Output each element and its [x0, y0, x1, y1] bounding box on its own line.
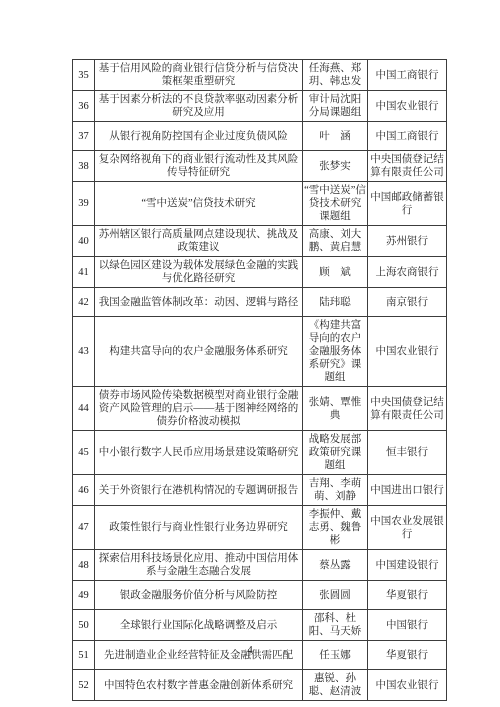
row-number-cell: 41	[73, 257, 95, 288]
project-title-cell: 苏州辖区银行高质量网点建设现状、挑战及政策建议	[95, 226, 303, 257]
row-number-cell: 43	[73, 317, 95, 387]
table-row: 49银政金融服务价值分析与风险防控张圆圆华夏银行	[73, 581, 447, 610]
table-row: 40苏州辖区银行高质量网点建设现状、挑战及政策建议高康、刘大鹏、黄启慧苏州银行	[73, 226, 447, 257]
table-row: 47政策性银行与商业性银行业务边界研究李振仲、戴志勇、魏鲁彬中国农业发展银行	[73, 506, 447, 550]
authors-cell: 陆玮聪	[303, 288, 368, 317]
organization-cell: 中国银行	[368, 610, 447, 641]
table-row: 37从银行视角防控国有企业过度负债风险叶 涵中国工商银行	[73, 122, 447, 151]
project-title-cell: 从银行视角防控国有企业过度负债风险	[95, 122, 303, 151]
organization-cell: 中国进出口银行	[368, 475, 447, 506]
table-body: 35基于信用风险的商业银行信贷分析与信贷决策框架重塑研究任海燕、郑玥、韩忠发中国…	[73, 60, 447, 701]
page-number: 4	[0, 644, 500, 656]
organization-cell: 苏州银行	[368, 226, 447, 257]
authors-cell: 张圆圆	[303, 581, 368, 610]
project-title-cell: “雪中送炭”信贷技术研究	[95, 182, 303, 226]
authors-cell: 高康、刘大鹏、黄启慧	[303, 226, 368, 257]
organization-cell: 中国邮政储蓄银行	[368, 182, 447, 226]
project-title-cell: 债券市场风险传染数据模型对商业银行金融资产风险管理的启示——基于图神经网络的债券…	[95, 387, 303, 431]
organization-cell: 南京银行	[368, 288, 447, 317]
row-number-cell: 42	[73, 288, 95, 317]
project-title-cell: 基于因素分析法的不良贷款率驱动因素分析研究及应用	[95, 91, 303, 122]
authors-cell: 任海燕、郑玥、韩忠发	[303, 60, 368, 91]
row-number-cell: 35	[73, 60, 95, 91]
project-title-cell: 银政金融服务价值分析与风险防控	[95, 581, 303, 610]
table-row: 36基于因素分析法的不良贷款率驱动因素分析研究及应用审计局沈阳分局课题组中国农业…	[73, 91, 447, 122]
row-number-cell: 52	[73, 670, 95, 701]
authors-cell: 蔡丛露	[303, 550, 368, 581]
row-number-cell: 49	[73, 581, 95, 610]
authors-cell: 吉翔、李萌萌、刘静	[303, 475, 368, 506]
organization-cell: 中央国债登记结算有限责任公司	[368, 387, 447, 431]
authors-cell: 邵科、杜阳、马天娇	[303, 610, 368, 641]
row-number-cell: 36	[73, 91, 95, 122]
table-row: 48探索信用科技场景化应用、推动中国信用体系与金融生态融合发展蔡丛露中国建设银行	[73, 550, 447, 581]
row-number-cell: 38	[73, 151, 95, 182]
row-number-cell: 46	[73, 475, 95, 506]
row-number-cell: 44	[73, 387, 95, 431]
organization-cell: 恒丰银行	[368, 431, 447, 475]
project-title-cell: 政策性银行与商业性银行业务边界研究	[95, 506, 303, 550]
organization-cell: 中国工商银行	[368, 60, 447, 91]
organization-cell: 中央国债登记结算有限责任公司	[368, 151, 447, 182]
organization-cell: 中国农业银行	[368, 91, 447, 122]
table-row: 38复杂网络视角下的商业银行流动性及其风险传导特征研究张梦实中央国债登记结算有限…	[73, 151, 447, 182]
table-row: 42我国金融监管体制改革：动因、逻辑与路径陆玮聪南京银行	[73, 288, 447, 317]
project-title-cell: 探索信用科技场景化应用、推动中国信用体系与金融生态融合发展	[95, 550, 303, 581]
project-title-cell: 基于信用风险的商业银行信贷分析与信贷决策框架重塑研究	[95, 60, 303, 91]
organization-cell: 中国建设银行	[368, 550, 447, 581]
project-title-cell: 全球银行业国际化战略调整及启示	[95, 610, 303, 641]
authors-cell: 《构建共富导向的农户金融服务体系研究》课题组	[303, 317, 368, 387]
table-row: 41以绿色园区建设为载体发展绿色金融的实践与优化路径研究顾 斌上海农商银行	[73, 257, 447, 288]
authors-cell: 审计局沈阳分局课题组	[303, 91, 368, 122]
organization-cell: 中国工商银行	[368, 122, 447, 151]
table-row: 44债券市场风险传染数据模型对商业银行金融资产风险管理的启示——基于图神经网络的…	[73, 387, 447, 431]
organization-cell: 中国农业银行	[368, 670, 447, 701]
authors-cell: 李振仲、戴志勇、魏鲁彬	[303, 506, 368, 550]
row-number-cell: 47	[73, 506, 95, 550]
document-page: 35基于信用风险的商业银行信贷分析与信贷决策框架重塑研究任海燕、郑玥、韩忠发中国…	[0, 0, 500, 707]
table-row: 43构建共富导向的农户金融服务体系研究《构建共富导向的农户金融服务体系研究》课题…	[73, 317, 447, 387]
row-number-cell: 39	[73, 182, 95, 226]
row-number-cell: 45	[73, 431, 95, 475]
authors-cell: 叶 涵	[303, 122, 368, 151]
row-number-cell: 48	[73, 550, 95, 581]
row-number-cell: 40	[73, 226, 95, 257]
table-row: 39“雪中送炭”信贷技术研究“雪中送炭”信贷技术研究课题组中国邮政储蓄银行	[73, 182, 447, 226]
authors-cell: 惠锐、孙聪、赵清波	[303, 670, 368, 701]
authors-cell: 张梦实	[303, 151, 368, 182]
organization-cell: 华夏银行	[368, 581, 447, 610]
authors-cell: 顾 斌	[303, 257, 368, 288]
authors-cell: 战略发展部政策研究课题组	[303, 431, 368, 475]
organization-cell: 中国农业发展银行	[368, 506, 447, 550]
project-title-cell: 中小银行数字人民币应用场景建设策略研究	[95, 431, 303, 475]
row-number-cell: 37	[73, 122, 95, 151]
table-row: 45中小银行数字人民币应用场景建设策略研究战略发展部政策研究课题组恒丰银行	[73, 431, 447, 475]
project-title-cell: 构建共富导向的农户金融服务体系研究	[95, 317, 303, 387]
authors-cell: 张婧、覃惟典	[303, 387, 368, 431]
project-title-cell: 我国金融监管体制改革：动因、逻辑与路径	[95, 288, 303, 317]
authors-cell: “雪中送炭”信贷技术研究课题组	[303, 182, 368, 226]
project-title-cell: 中国特色农村数字普惠金融创新体系研究	[95, 670, 303, 701]
research-projects-table: 35基于信用风险的商业银行信贷分析与信贷决策框架重塑研究任海燕、郑玥、韩忠发中国…	[72, 59, 447, 701]
row-number-cell: 50	[73, 610, 95, 641]
organization-cell: 中国农业银行	[368, 317, 447, 387]
organization-cell: 上海农商银行	[368, 257, 447, 288]
table-row: 35基于信用风险的商业银行信贷分析与信贷决策框架重塑研究任海燕、郑玥、韩忠发中国…	[73, 60, 447, 91]
table-row: 46关于外资银行在港机构情况的专题调研报告吉翔、李萌萌、刘静中国进出口银行	[73, 475, 447, 506]
project-title-cell: 关于外资银行在港机构情况的专题调研报告	[95, 475, 303, 506]
table-row: 50全球银行业国际化战略调整及启示邵科、杜阳、马天娇中国银行	[73, 610, 447, 641]
project-title-cell: 以绿色园区建设为载体发展绿色金融的实践与优化路径研究	[95, 257, 303, 288]
table-row: 52中国特色农村数字普惠金融创新体系研究惠锐、孙聪、赵清波中国农业银行	[73, 670, 447, 701]
project-title-cell: 复杂网络视角下的商业银行流动性及其风险传导特征研究	[95, 151, 303, 182]
